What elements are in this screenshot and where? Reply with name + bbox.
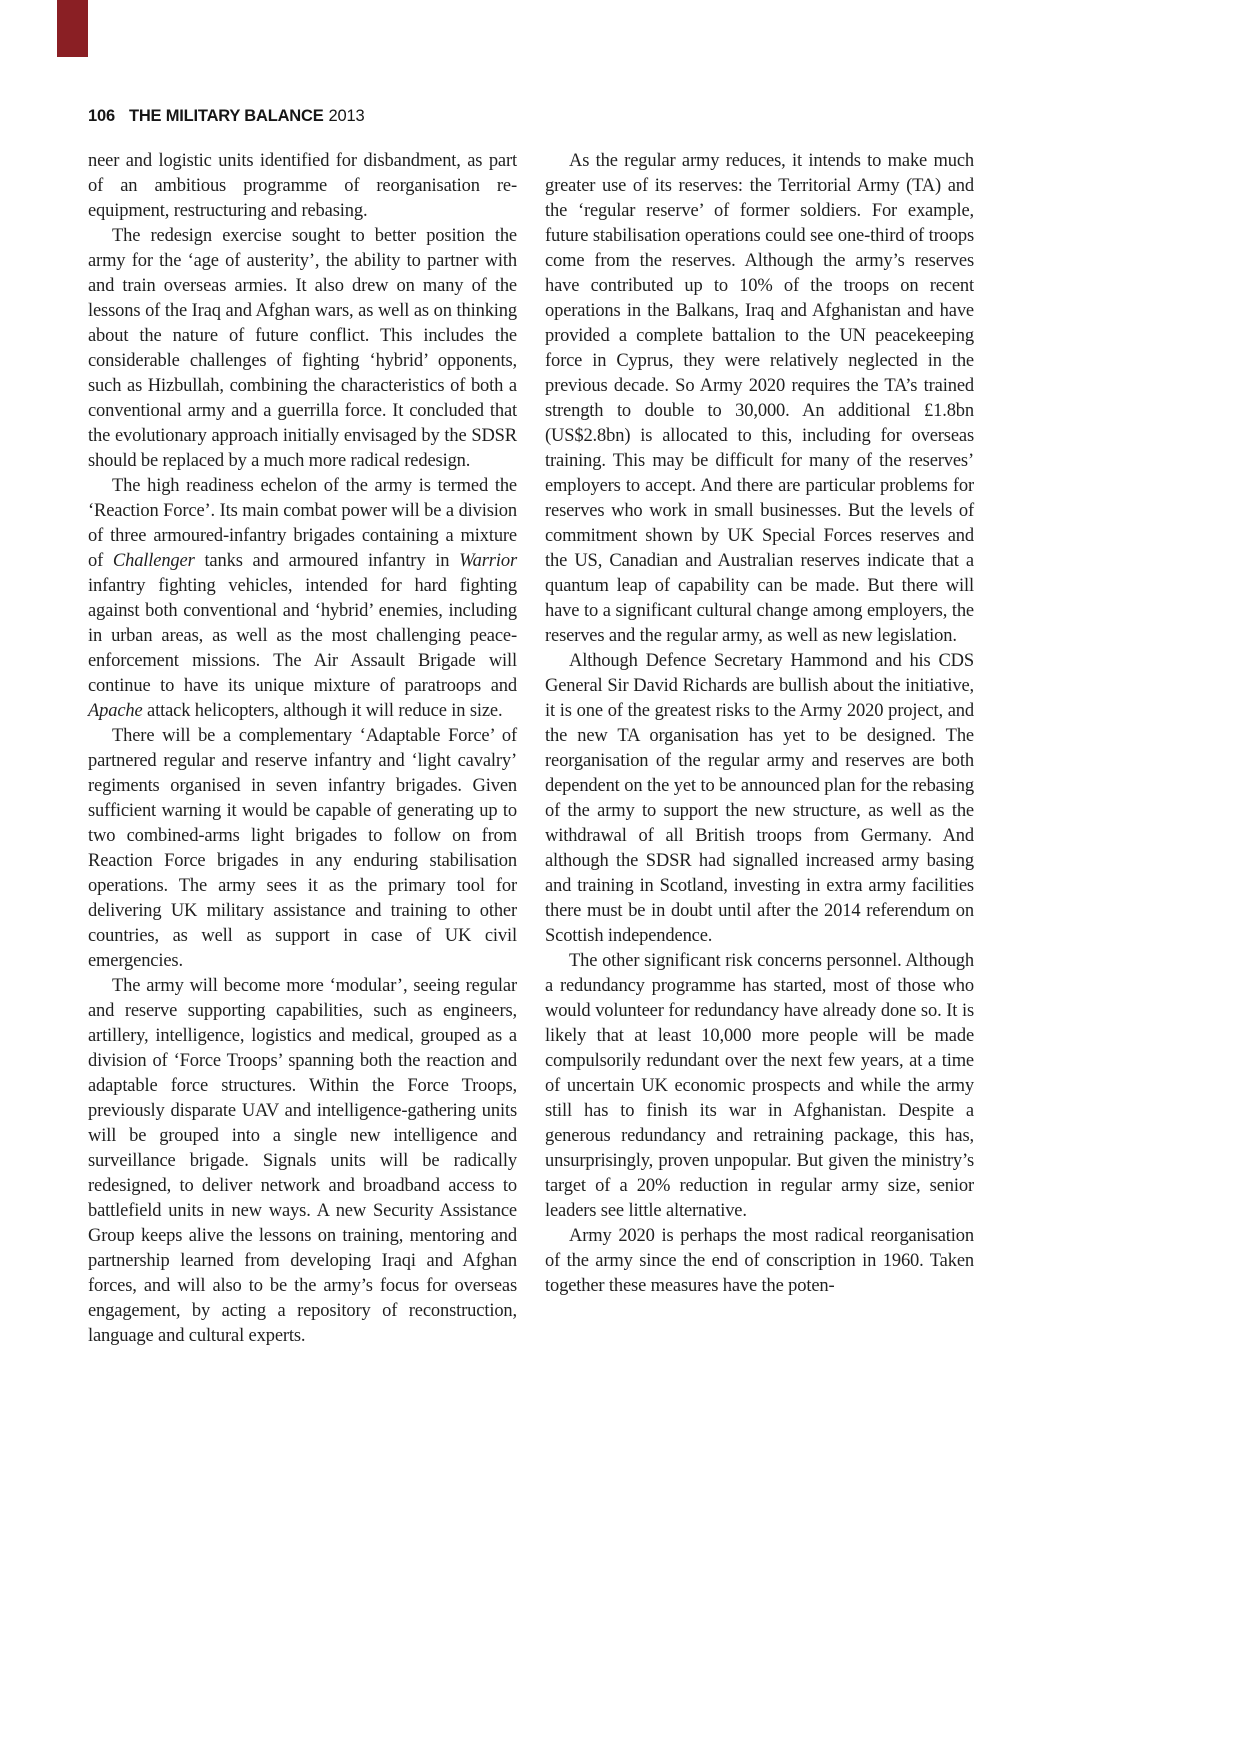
paragraph: neer and logistic units identified for d… [88,149,517,224]
column-left: neer and logistic units identified for d… [88,149,517,1349]
text-run: The other significant risk concerns pers… [545,951,974,1221]
chapter-edge-tab [57,0,88,57]
paragraph: The army will become more ‘modular’, see… [88,974,517,1349]
text-run: Although Defence Secretary Hammond and h… [545,651,974,946]
text-run: infantry fighting vehicles, intended for… [88,576,517,696]
italic-term: Apache [88,701,143,721]
paragraph: There will be a complementary ‘Adaptable… [88,724,517,974]
text-run: The redesign exercise sought to better p… [88,226,517,471]
column-right: As the regular army reduces, it intends … [545,149,974,1299]
running-header: 106THE MILITARY BALANCE2013 [88,107,364,126]
edition-year: 2013 [329,107,365,125]
book-title: THE MILITARY BALANCE [129,107,324,125]
text-run: Army 2020 is perhaps the most radical re… [545,1226,974,1296]
text-run: There will be a complementary ‘Adaptable… [88,726,517,971]
paragraph: The other significant risk concerns pers… [545,949,974,1224]
paragraph: The redesign exercise sought to better p… [88,224,517,474]
text-run: attack helicopters, although it will red… [143,701,503,721]
text-run: neer and logistic units identified for d… [88,151,517,221]
text-run: As the regular army reduces, it intends … [545,151,974,646]
paragraph: Army 2020 is perhaps the most radical re… [545,1224,974,1299]
text-run: tanks and armoured infantry in [195,551,459,571]
italic-term: Challenger [113,551,195,571]
paragraph: Although Defence Secretary Hammond and h… [545,649,974,949]
italic-term: Warrior [459,551,517,571]
page-number: 106 [88,107,115,125]
paragraph: The high readiness echelon of the army i… [88,474,517,724]
paragraph: As the regular army reduces, it intends … [545,149,974,649]
text-run: The army will become more ‘modular’, see… [88,976,517,1346]
